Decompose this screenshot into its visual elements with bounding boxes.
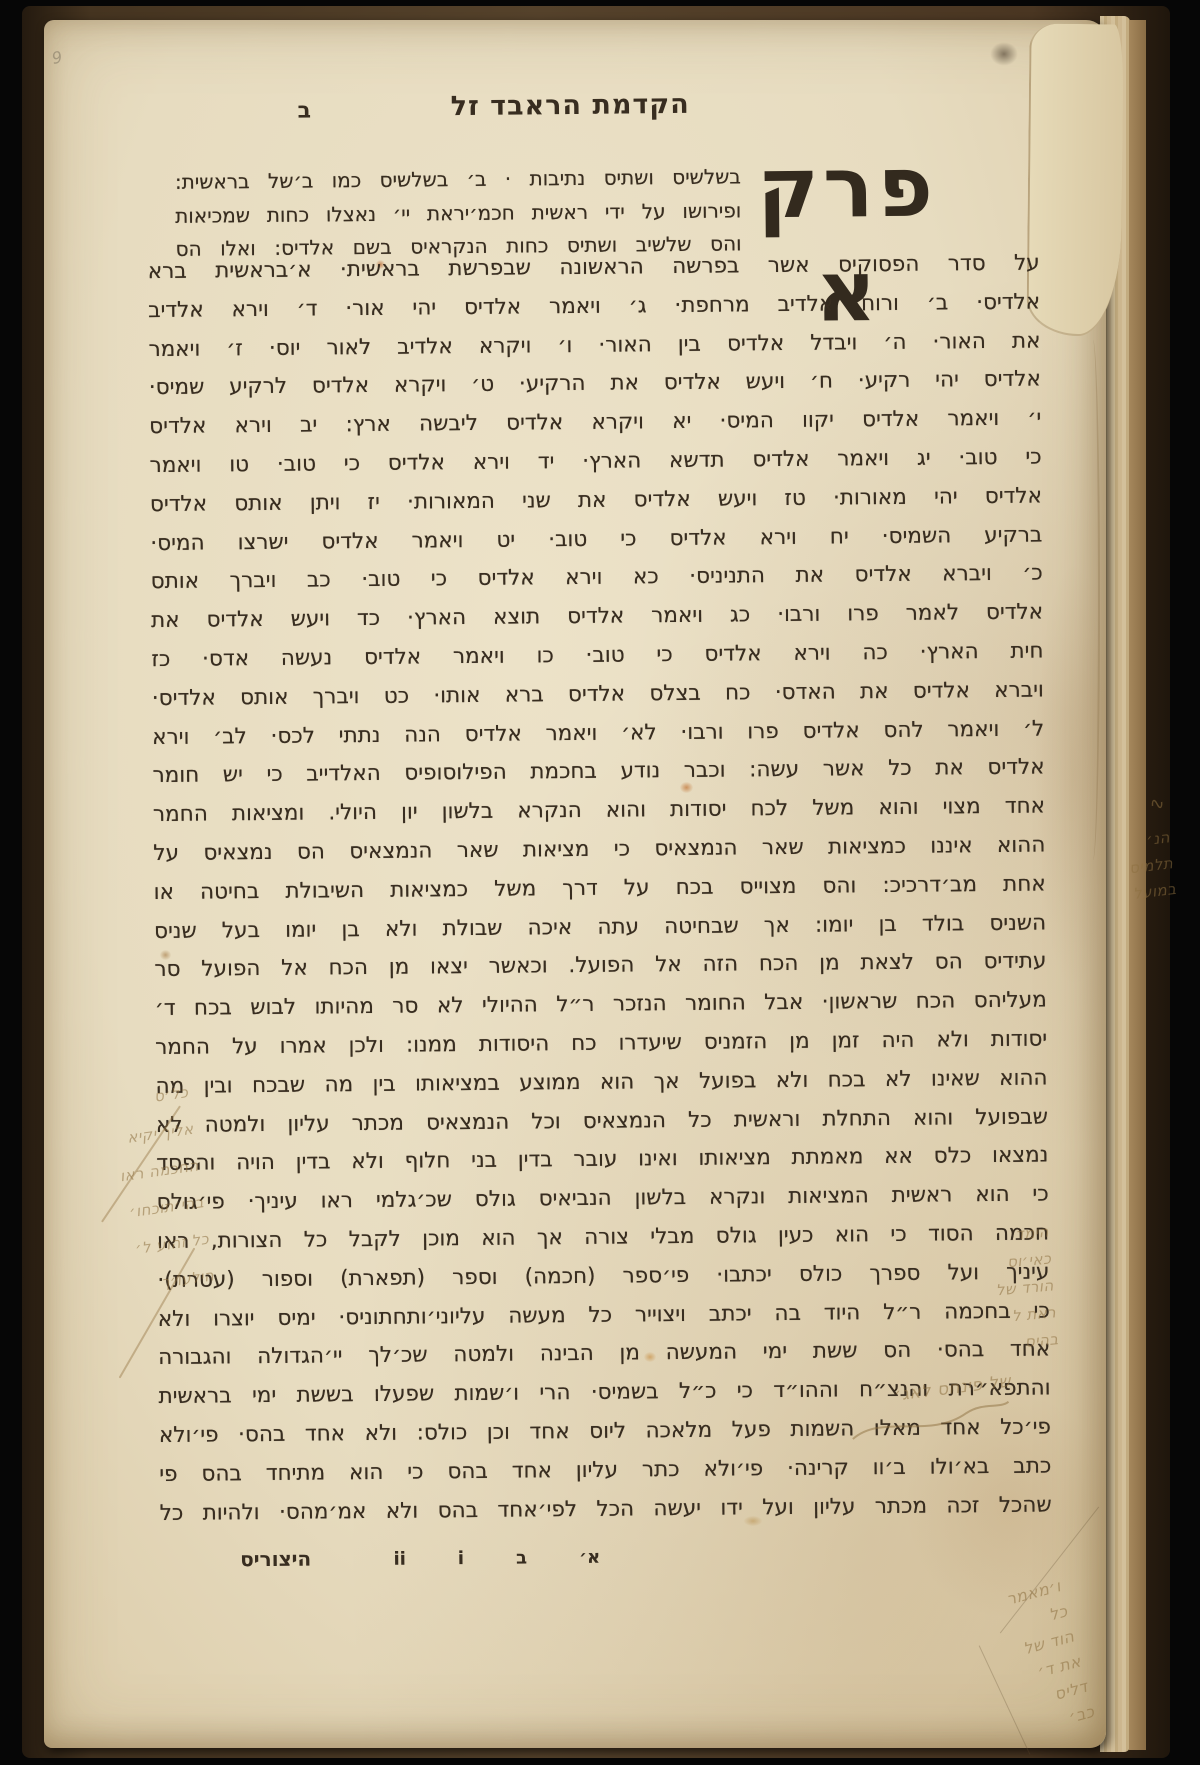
text-line: ופירושו על ידי ראשית חכמ׳יראת יי׳ נאצלו … <box>175 194 741 233</box>
quire-mark: א׳ <box>579 1547 600 1568</box>
catchword: היצוריס <box>240 1547 311 1572</box>
running-title: הקדמת הראבד זל <box>430 89 710 123</box>
printed-text-layer: הקדמת הראבד זל ב פרק א בשלשיס ושתיס נתיב… <box>37 15 1116 1753</box>
quire-marks: א׳בiii <box>393 1547 600 1570</box>
scanned-book-photo: { "document": { "running_title": "הקדמת … <box>0 0 1200 1765</box>
quire-mark: ב <box>516 1548 527 1569</box>
text-line: בשלשיס ושתיס נתיבות · ב׳ בשלשיס כמו ב׳של… <box>175 160 741 199</box>
folio-letter: ב <box>284 98 324 123</box>
marginal-note-right: ∿ הנ׳תלמיסבמועל <box>1036 798 1178 917</box>
body-lines: על סדר הפסוקיס אשר בפרשה הראשונה שבפרשת … <box>148 245 1052 1534</box>
quire-mark: ii <box>393 1549 406 1570</box>
signature-line: א׳בiii היצוריס <box>240 1544 600 1571</box>
text-line: שהכל זכה מכתר עליון ועל ידו יעשה הכל לפי… <box>160 1486 1052 1533</box>
marginal-gloss-left: כל׳סאליך יקיאהחכמה ראובהי׳תוכחו׳כל זהוע … <box>31 1074 216 1316</box>
marginal-note-right-lower: הימדכאי׳וסהורד שלראת לבהיס <box>918 1219 1059 1365</box>
page: הקדמת הראבד זל ב פרק א בשלשיס ושתיס נתיב… <box>44 20 1106 1748</box>
quire-mark: i <box>458 1548 464 1569</box>
chapter-heading: פרק א <box>726 134 967 246</box>
